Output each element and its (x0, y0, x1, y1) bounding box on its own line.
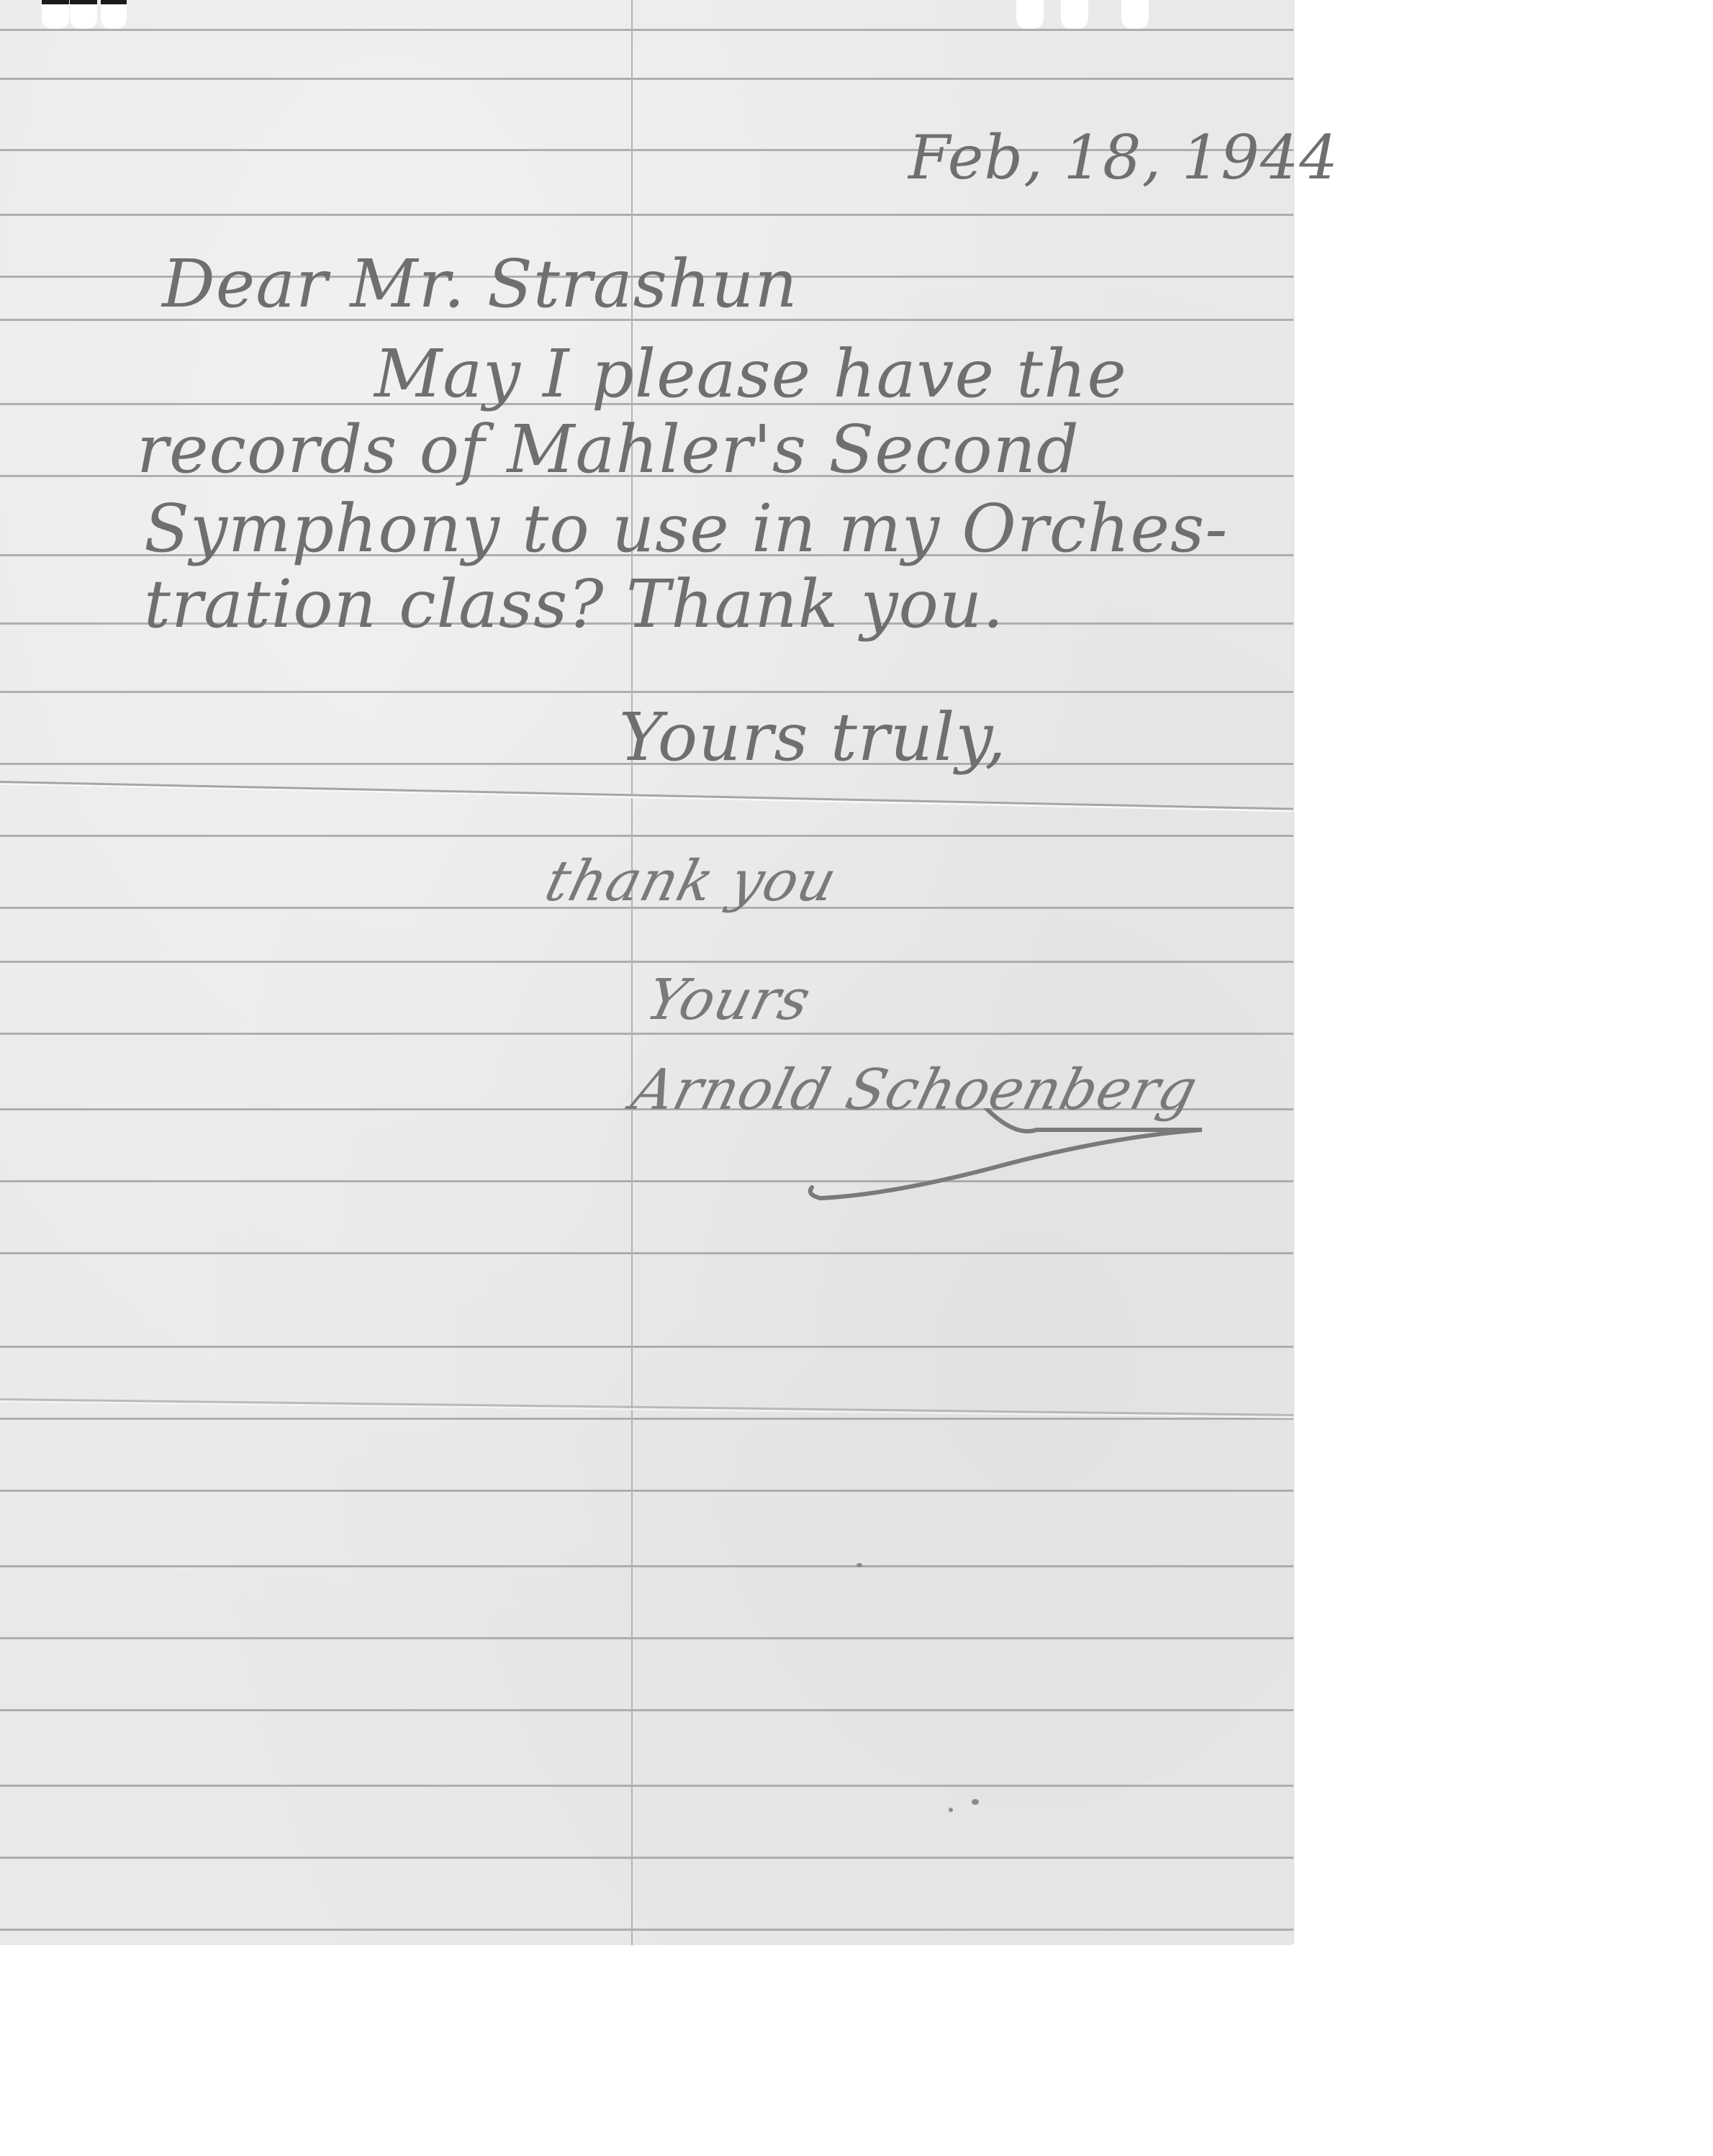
letter-salutation: Dear Mr. Strashun (162, 248, 798, 320)
ruled-line (0, 29, 1293, 31)
ruled-line (0, 214, 1293, 216)
letter-paper: Feb, 18, 1944 Dear Mr. Strashun May I pl… (0, 0, 1293, 1945)
punch-hole (1121, 0, 1149, 29)
ruled-line (0, 78, 1293, 80)
ruled-line (0, 961, 1293, 963)
ruled-line (0, 1857, 1293, 1859)
punch-hole (70, 0, 97, 29)
ruled-line (0, 1252, 1293, 1254)
ruled-line (0, 1637, 1293, 1639)
paper-speck (972, 1799, 979, 1805)
paper-crease (0, 781, 1293, 812)
punch-hole (1016, 0, 1044, 29)
ruled-line (0, 1346, 1293, 1348)
ruled-line (0, 691, 1293, 693)
letter-body-line-2: records of Mahler's Second (137, 414, 1080, 486)
ruled-line (0, 835, 1293, 837)
punch-hole (1061, 0, 1088, 29)
paper-speck (949, 1808, 953, 1812)
ruled-line (0, 1565, 1293, 1567)
letter-body-line-4: tration class? Thank you. (144, 569, 1004, 640)
ruled-line (0, 1033, 1293, 1035)
annotation-closing: Yours (640, 968, 818, 1033)
annotation-thanks: thank you (539, 849, 844, 914)
punch-hole (101, 0, 127, 29)
letter-body-line-1: May I please have the (374, 338, 1127, 410)
letter-closing: Yours truly, (619, 702, 1006, 774)
punch-hole (42, 0, 69, 29)
ruled-line (0, 1929, 1293, 1931)
ruled-line (0, 1709, 1293, 1711)
signature-underline-icon (806, 1108, 1209, 1209)
ruled-line (0, 1418, 1293, 1420)
letter-body-line-3: Symphony to use in my Orches- (144, 493, 1228, 565)
ruled-line (0, 1490, 1293, 1492)
paper-crease (0, 1398, 1293, 1418)
letter-date: Feb, 18, 1944 (908, 122, 1339, 193)
paper-speck (856, 1563, 862, 1567)
ruled-line (0, 1785, 1293, 1787)
